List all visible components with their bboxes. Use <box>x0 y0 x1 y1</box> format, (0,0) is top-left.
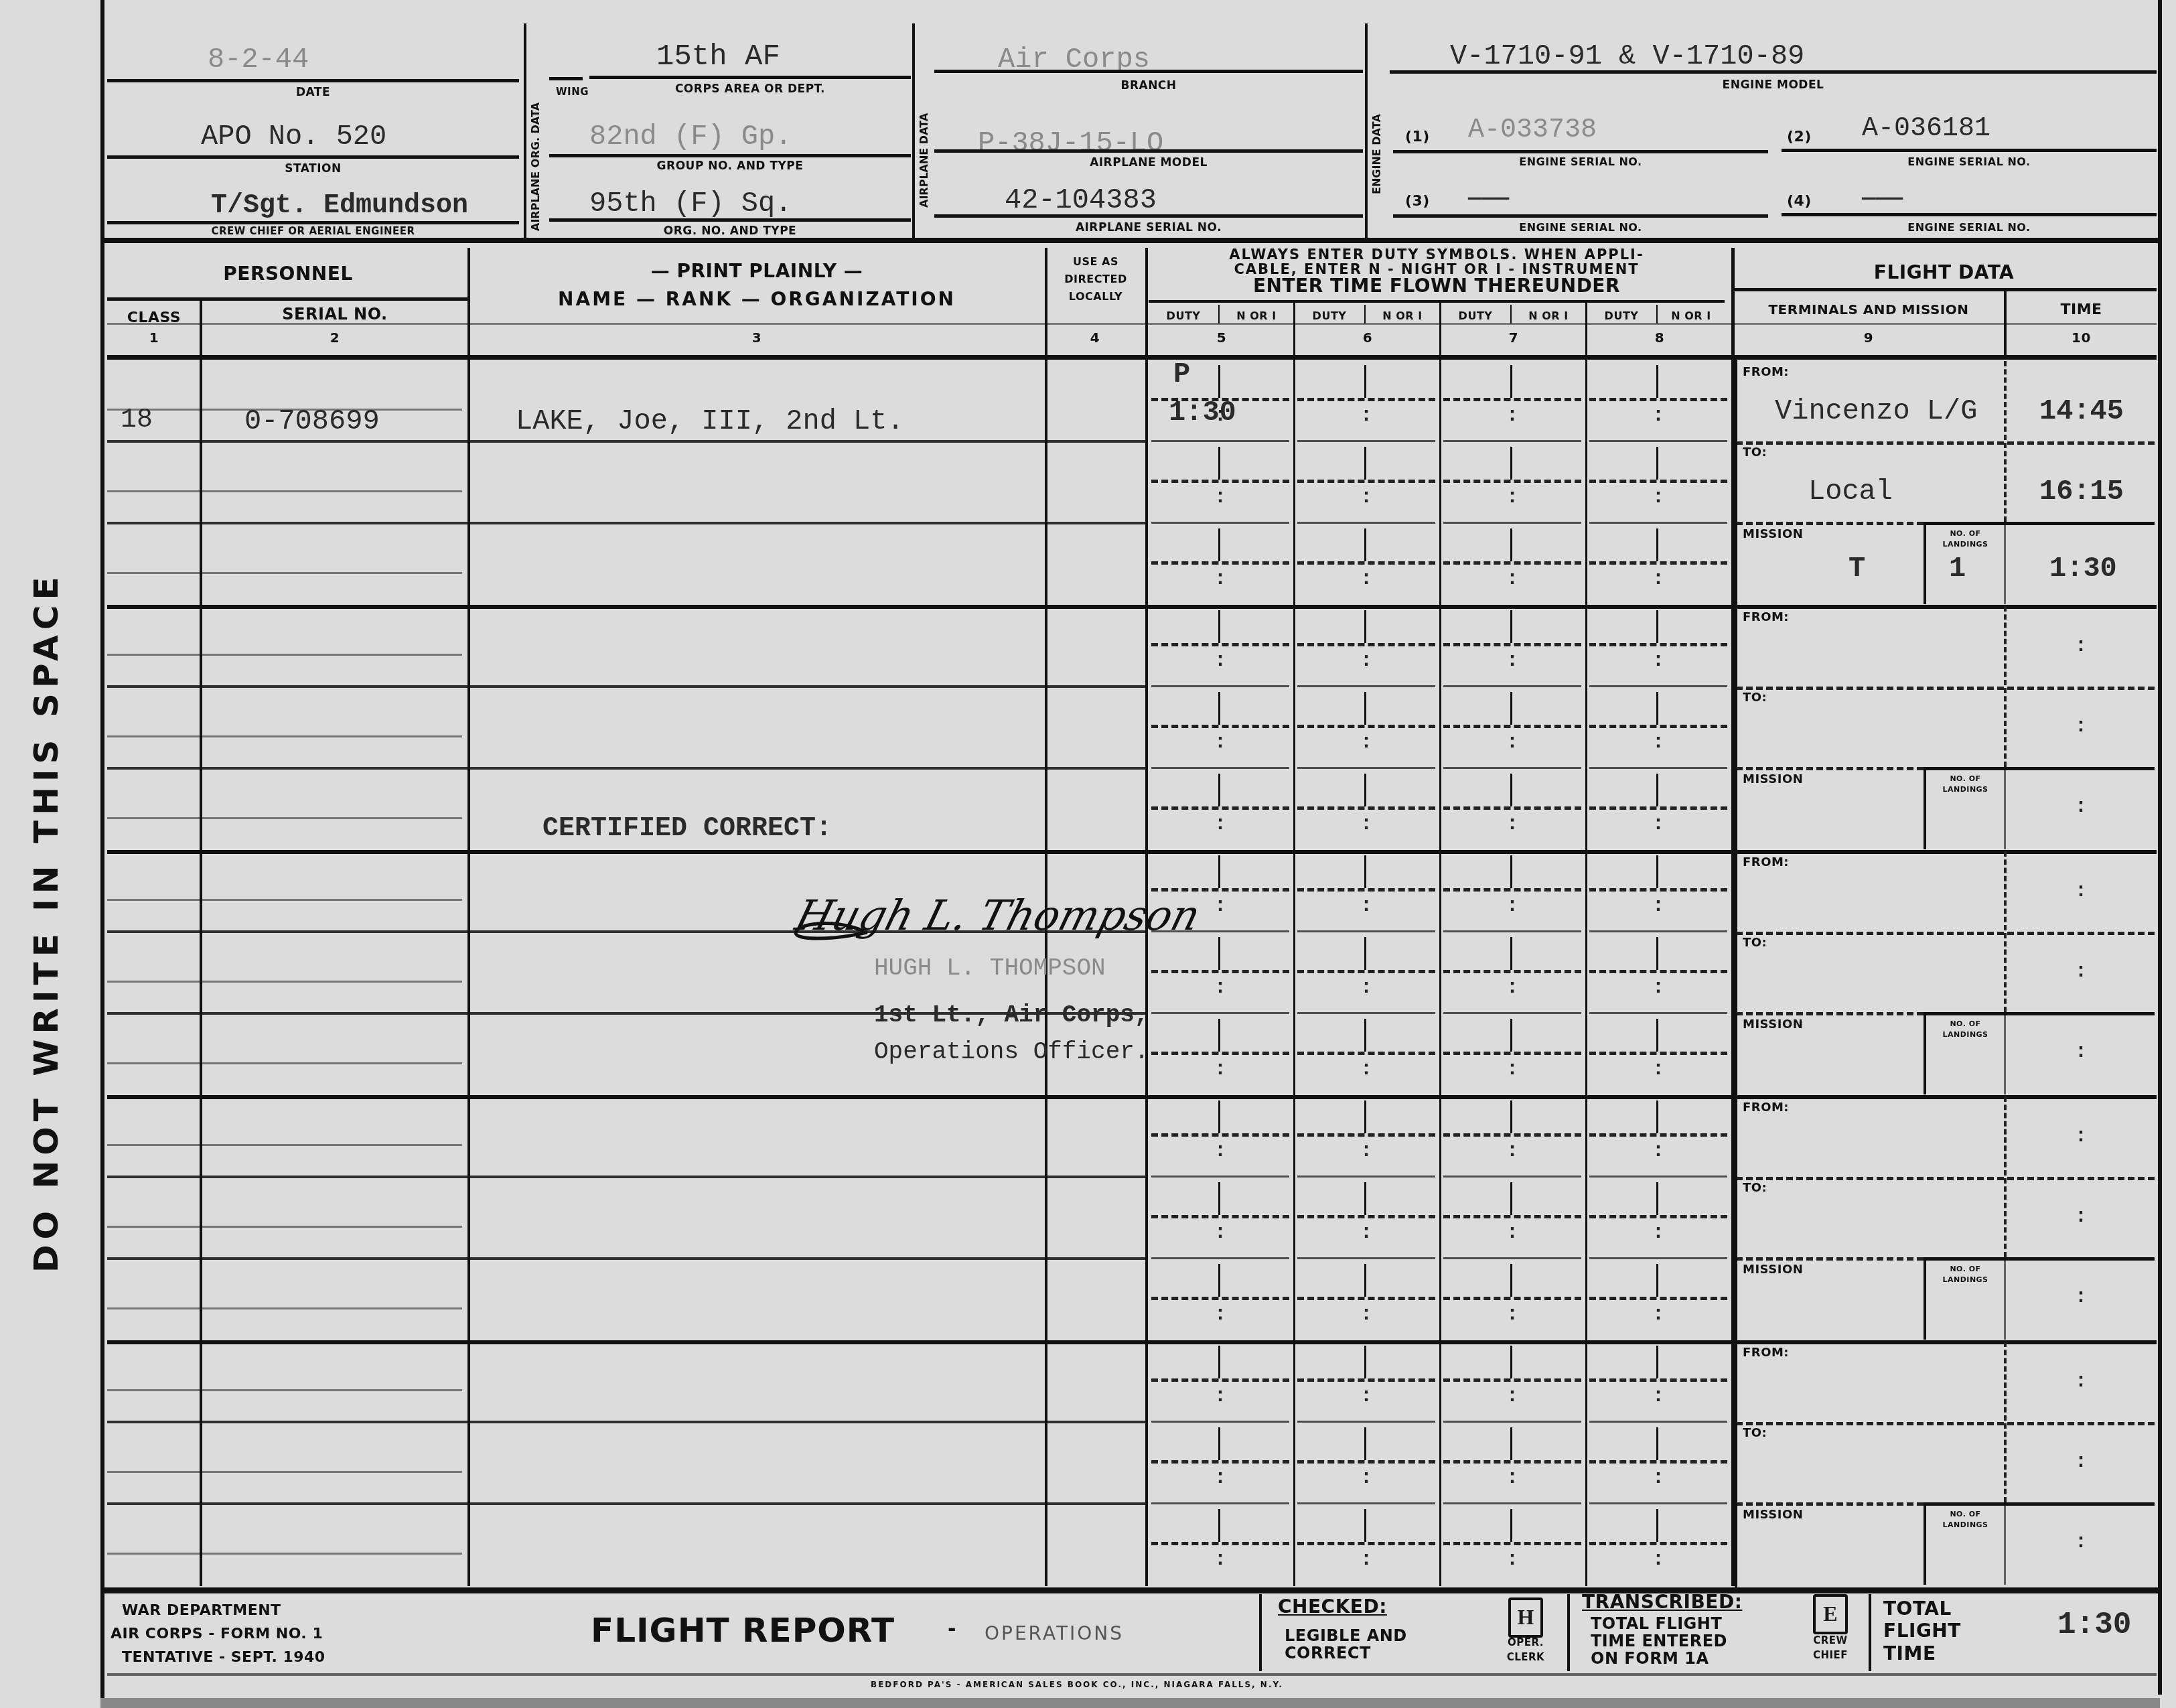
duty-n-divider <box>1364 1509 1366 1542</box>
engine-3-number: (3) <box>1405 193 1430 210</box>
crew-chief-value: T/Sgt. Edmundson <box>211 191 468 221</box>
time-colon-icon: : <box>1652 813 1664 836</box>
time-colon-icon: : <box>1214 486 1226 509</box>
landings-value[interactable]: 1 <box>1949 553 1966 585</box>
time-header: TIME <box>2006 301 2157 318</box>
landings-label: NO. OF LANDINGS <box>1927 774 2004 795</box>
personnel-guide-line <box>107 899 462 901</box>
duty-time-cell[interactable]: 1:30 <box>1169 397 1236 429</box>
time-dashed-divider <box>2004 1342 2007 1502</box>
duty-row-line <box>1297 1257 1435 1259</box>
time-colon-icon: : <box>1214 1058 1226 1081</box>
duty-n-divider <box>1218 1346 1220 1378</box>
duty-n-divider <box>1510 774 1512 806</box>
form-subtitle: OPERATIONS <box>985 1622 1124 1644</box>
duty-time-divider <box>1297 806 1435 810</box>
from-to-divider <box>1736 441 2155 445</box>
time-divider <box>2004 1014 2006 1094</box>
duty-time-divider <box>1151 1052 1289 1055</box>
time-colon-icon: : <box>1652 1467 1664 1490</box>
time-divider <box>2004 524 2006 604</box>
time-colon-icon: : <box>1506 1058 1518 1081</box>
mission-label: MISSION <box>1743 1017 1803 1031</box>
duty-n-divider <box>1364 937 1366 970</box>
duty-time-divider <box>1589 1542 1727 1545</box>
duty-time-divider <box>1443 1297 1581 1300</box>
block-divider <box>107 1340 2157 1344</box>
engine-4-serial: ——— <box>1862 186 1903 212</box>
mission-label: MISSION <box>1743 1508 1803 1522</box>
time-colon-icon: : <box>1506 405 1518 427</box>
duty-n-divider <box>1364 1346 1366 1378</box>
date-label: DATE <box>107 86 519 99</box>
from-to-divider <box>1736 687 2155 690</box>
n-or-i-7-header: N OR I <box>1510 309 1587 322</box>
duty-row-line <box>1297 930 1435 932</box>
time-colon-icon: : <box>2075 880 2087 903</box>
duty-row-line <box>1443 1012 1581 1014</box>
crew-chief-label-2: CHIEF <box>1805 1649 1856 1661</box>
duty-row-line <box>1443 1176 1581 1178</box>
duty-time-divider <box>1297 1297 1435 1300</box>
print-plainly-header: — PRINT PLAINLY — <box>469 260 1045 282</box>
time-colon-icon: : <box>2075 960 2087 983</box>
time-colon-icon: : <box>1652 1058 1664 1081</box>
time-colon-icon: : <box>1360 1303 1372 1326</box>
duty-row-line <box>1297 440 1435 442</box>
time-colon-icon: : <box>1360 1222 1372 1244</box>
duty-row-line <box>1151 522 1289 524</box>
duty-time-divider <box>1297 970 1435 973</box>
n-or-i-8-header: N OR I <box>1656 309 1726 322</box>
printer-credit: BEDFORD PA'S - AMERICAN SALES BOOK CO., … <box>871 1680 1283 1689</box>
personnel-guide-line <box>107 735 462 737</box>
time-colon-icon: : <box>2075 1125 2087 1148</box>
duty-n-divider <box>1218 937 1220 970</box>
personnel-guide-line <box>107 1226 462 1228</box>
duty-n-divider <box>1364 447 1366 480</box>
duty-time-divider <box>1443 1460 1581 1464</box>
from-value[interactable]: Vincenzo L/G <box>1775 395 1977 427</box>
duty-time-divider <box>1589 1460 1727 1464</box>
landings-label: NO. OF LANDINGS <box>1927 1019 2004 1040</box>
time-colon-icon: : <box>1360 977 1372 999</box>
personnel-row-line <box>107 685 1145 688</box>
legible-line-2: CORRECT <box>1285 1644 1371 1662</box>
duty-n-divider <box>1218 1264 1220 1297</box>
n-or-i-5-header: N OR I <box>1218 309 1295 322</box>
to-time-value[interactable]: 16:15 <box>2039 476 2124 508</box>
duty-6-header: DUTY <box>1295 309 1364 322</box>
duty-n-divider <box>1218 365 1220 398</box>
duty-n-divider <box>1656 1264 1658 1297</box>
flight-data-left-border <box>1735 360 1737 1589</box>
to-label: TO: <box>1743 936 1767 950</box>
time-colon-icon: : <box>1214 1303 1226 1326</box>
duty-n-divider <box>1510 365 1512 398</box>
engine-3-serial: ——— <box>1468 186 1509 212</box>
duty-n-divider <box>1218 1182 1220 1215</box>
duty-row-line <box>1443 1421 1581 1423</box>
time-colon-icon: : <box>1360 568 1372 591</box>
duty-n-divider <box>1656 1509 1658 1542</box>
time-colon-icon: : <box>2075 1370 2087 1393</box>
duty-row-line <box>1297 1012 1435 1014</box>
duty-time-divider <box>1151 1297 1289 1300</box>
time-colon-icon: : <box>2075 1451 2087 1474</box>
duty-time-divider <box>1297 1133 1435 1137</box>
duty-row-line <box>1589 522 1727 524</box>
airplane-data-label: AIRPLANE DATA <box>918 113 930 208</box>
duty-time-divider <box>1589 970 1727 973</box>
time-colon-icon: : <box>1506 1467 1518 1490</box>
duty-time-divider <box>1443 1542 1581 1545</box>
duty-time-divider <box>1297 1542 1435 1545</box>
time-colon-icon: : <box>1214 1385 1226 1408</box>
serial-header: SERIAL NO. <box>201 305 469 324</box>
duty-n-divider <box>1218 692 1220 725</box>
landings-label: NO. OF LANDINGS <box>1927 1264 2004 1285</box>
time-colon-icon: : <box>1214 977 1226 999</box>
from-label: FROM: <box>1743 855 1789 869</box>
to-mission-solid <box>1924 767 2155 770</box>
to-label: TO: <box>1743 1426 1767 1440</box>
engine-model-value: V-1710-91 & V-1710-89 <box>1450 40 1804 72</box>
mission-label: MISSION <box>1743 1263 1803 1277</box>
duty-time-divider <box>1443 1215 1581 1218</box>
duty-row-line <box>1151 1257 1289 1259</box>
crew-chief-label-1: CREW <box>1805 1634 1856 1646</box>
from-label: FROM: <box>1743 610 1789 624</box>
duty-time-divider <box>1443 1133 1581 1137</box>
duty-row-line <box>1589 1012 1727 1014</box>
duty-n-divider <box>1656 1182 1658 1215</box>
duty-n-divider <box>1656 365 1658 398</box>
duty-time-divider <box>1151 1378 1289 1382</box>
time-colon-icon: : <box>1360 486 1372 509</box>
duty-instructions-1: ALWAYS ENTER DUTY SYMBOLS. WHEN APPLI- <box>1149 246 1725 263</box>
time-colon-icon: : <box>1360 1140 1372 1163</box>
duty-n-divider <box>1510 1019 1512 1052</box>
to-mission-solid <box>1924 522 2155 525</box>
to-mission-divider <box>1736 767 1924 770</box>
duty-n-divider <box>1510 855 1512 888</box>
time-colon-icon: : <box>1214 895 1226 918</box>
time-colon-icon: : <box>1652 568 1664 591</box>
time-colon-icon: : <box>1506 1549 1518 1571</box>
time-colon-icon: : <box>1506 650 1518 672</box>
time-dashed-divider <box>2004 851 2007 1012</box>
time-colon-icon: : <box>1506 977 1518 999</box>
oper-clerk-label-1: OPER. <box>1500 1636 1551 1648</box>
time-colon-icon: : <box>1360 731 1372 754</box>
total-flight-time-value[interactable]: 1:30 <box>2057 1608 2131 1642</box>
signature-flourish-icon <box>790 918 871 944</box>
duty-time-divider <box>1589 725 1727 728</box>
group-label: GROUP NO. AND TYPE <box>549 159 911 173</box>
duty-row-line <box>1151 1502 1289 1504</box>
time-colon-icon: : <box>2075 1041 2087 1064</box>
airplane-model-value: P-38J-15-LO <box>978 127 1163 159</box>
duty-n-divider <box>1656 1346 1658 1378</box>
total-label-1: TOTAL <box>1883 1597 1952 1620</box>
flight-data-header: FLIGHT DATA <box>1735 261 2153 283</box>
duty-n-divider <box>1510 1100 1512 1133</box>
engine-2-number: (2) <box>1787 129 1812 145</box>
personnel-guide-line <box>107 572 462 574</box>
duty-n-divider <box>1510 692 1512 725</box>
total-label-3: TIME <box>1883 1642 1936 1664</box>
station-label: STATION <box>107 162 519 175</box>
duty-time-divider <box>1589 1052 1727 1055</box>
time-colon-icon: : <box>1506 486 1518 509</box>
oper-clerk-label-2: CLERK <box>1500 1651 1551 1663</box>
duty-time-divider <box>1297 561 1435 565</box>
transcribed-line-2: TIME ENTERED <box>1591 1632 1727 1650</box>
to-mission-solid <box>1924 1012 2155 1015</box>
transcribed-line-1: TOTAL FLIGHT <box>1591 1614 1722 1633</box>
landings-divider <box>1924 1504 1926 1585</box>
signer-rank: 1st Lt., Air Corps, <box>874 1001 1149 1029</box>
to-label: TO: <box>1743 691 1767 705</box>
time-colon-icon: : <box>1360 1058 1372 1081</box>
left-border <box>100 0 104 1708</box>
personnel-guide-line <box>107 817 462 819</box>
personnel-guide-line <box>107 1471 462 1473</box>
duty-time-divider <box>1443 725 1581 728</box>
duty-time-divider <box>1443 1052 1581 1055</box>
engine-4-number: (4) <box>1787 193 1812 210</box>
from-time-value[interactable]: 14:45 <box>2039 395 2124 427</box>
duty-time-divider <box>1589 1378 1727 1382</box>
terminals-header: TERMINALS AND MISSION <box>1735 301 2003 317</box>
duty-n-divider <box>1510 937 1512 970</box>
col-num-4: 4 <box>1045 330 1145 346</box>
branch-label: BRANCH <box>934 79 1363 92</box>
org-label: ORG. NO. AND TYPE <box>549 224 911 238</box>
duty-time-divider <box>1151 643 1289 646</box>
transcribed-line-3: ON FORM 1A <box>1591 1649 1709 1668</box>
duty-n-divider <box>1510 1346 1512 1378</box>
personnel-guide-line <box>107 1553 462 1555</box>
engine-4-label: ENGINE SERIAL NO. <box>1782 221 2157 234</box>
personnel-guide-line <box>107 981 462 983</box>
block-divider <box>107 850 2157 854</box>
duty-n-divider <box>1656 1100 1658 1133</box>
time-colon-icon: : <box>2075 796 2087 819</box>
time-colon-icon: : <box>1652 1385 1664 1408</box>
engine-data-label: ENGINE DATA <box>1370 114 1383 194</box>
time-colon-icon: : <box>2075 715 2087 738</box>
crew-chief-label: CREW CHIEF OR AERIAL ENGINEER <box>107 225 519 237</box>
engine-1-label: ENGINE SERIAL NO. <box>1393 155 1768 168</box>
time-colon-icon: : <box>1214 568 1226 591</box>
duty-time-divider <box>1589 1215 1727 1218</box>
engine-3-label: ENGINE SERIAL NO. <box>1393 221 1768 234</box>
time-colon-icon: : <box>1360 405 1372 427</box>
time-colon-icon: : <box>1506 895 1518 918</box>
col-num-1: 1 <box>107 330 201 346</box>
corps-area-label: CORPS AREA OR DEPT. <box>589 82 911 96</box>
duty-time-divider <box>1443 398 1581 401</box>
airplane-serial-label: AIRPLANE SERIAL NO. <box>934 221 1363 234</box>
block-divider <box>107 1095 2157 1099</box>
duty-n-divider <box>1364 855 1366 888</box>
duty-time-divider <box>1589 1297 1727 1300</box>
duty-time-divider <box>1151 1133 1289 1137</box>
duty-n-divider <box>1364 692 1366 725</box>
legible-line-1: LEGIBLE AND <box>1285 1626 1407 1645</box>
duty-n-divider <box>1656 447 1658 480</box>
duty-row-line <box>1443 685 1581 687</box>
duty-time-divider <box>1589 888 1727 892</box>
time-colon-icon: : <box>1652 1303 1664 1326</box>
duty-n-divider <box>1218 1019 1220 1052</box>
engine-1-serial: A-033738 <box>1468 115 1597 145</box>
time-colon-icon: : <box>1652 405 1664 427</box>
time-colon-icon: : <box>2075 635 2087 658</box>
time-colon-icon: : <box>1652 1222 1664 1244</box>
time-colon-icon: : <box>1360 1385 1372 1408</box>
personnel-guide-line <box>107 1389 462 1391</box>
duty-time-divider <box>1297 725 1435 728</box>
block-divider <box>107 605 2157 609</box>
duration-value[interactable]: 1:30 <box>2049 553 2117 585</box>
duty-time-divider <box>1297 480 1435 483</box>
personnel-row-line <box>107 1421 1145 1423</box>
duty-row-line <box>1589 440 1727 442</box>
duty-n-divider <box>1510 447 1512 480</box>
duty-time-divider <box>1589 806 1727 810</box>
time-colon-icon: : <box>1506 1140 1518 1163</box>
duty-row-line <box>1151 440 1289 442</box>
personnel-guide-line <box>107 1062 462 1064</box>
station-value: APO No. 520 <box>201 121 386 153</box>
from-to-divider <box>1736 1422 2155 1425</box>
name-cell[interactable]: LAKE, Joe, III, 2nd Lt. <box>516 405 904 437</box>
time-colon-icon: : <box>1360 1467 1372 1490</box>
to-mission-divider <box>1736 1502 1924 1506</box>
col-num-3: 3 <box>469 330 1045 346</box>
duty-n-divider <box>1656 1427 1658 1460</box>
duty-n-divider <box>1510 1427 1512 1460</box>
time-colon-icon: : <box>1214 1549 1226 1571</box>
time-colon-icon: : <box>1214 1467 1226 1490</box>
time-colon-icon: : <box>2075 1206 2087 1228</box>
duty-time-divider <box>1151 806 1289 810</box>
duty-n-divider <box>1218 1509 1220 1542</box>
duty-n-divider <box>1510 1264 1512 1297</box>
name-rank-org-header: NAME — RANK — ORGANIZATION <box>469 288 1045 310</box>
time-colon-icon: : <box>1652 977 1664 999</box>
from-label: FROM: <box>1743 365 1789 379</box>
duty-time-divider <box>1151 725 1289 728</box>
time-colon-icon: : <box>1506 1385 1518 1408</box>
duty-time-divider <box>1151 1460 1289 1464</box>
mission-value[interactable]: T <box>1848 553 1865 585</box>
duty-time-divider <box>1151 1215 1289 1218</box>
duty-row-line <box>1151 685 1289 687</box>
time-dashed-divider <box>2004 361 2007 522</box>
duty-5-header: DUTY <box>1149 309 1218 322</box>
personnel-row-line <box>107 767 1145 770</box>
duty-n-divider <box>1364 1019 1366 1052</box>
duty-row-line <box>1151 1012 1289 1014</box>
crew-chief-initial-box[interactable]: E <box>1813 1594 1848 1634</box>
time-colon-icon: : <box>1214 813 1226 836</box>
duty-time-divider <box>1443 806 1581 810</box>
to-mission-divider <box>1736 1257 1924 1261</box>
time-colon-icon: : <box>1214 731 1226 754</box>
duty-row-line <box>1151 767 1289 769</box>
landings-divider <box>1924 524 1926 604</box>
duty-n-divider <box>1218 447 1220 480</box>
duty-n-divider <box>1218 774 1220 806</box>
personnel-guide-line <box>107 1307 462 1309</box>
personnel-guide-line <box>107 1144 462 1146</box>
duty-time-divider <box>1589 1133 1727 1137</box>
landings-divider <box>1924 1014 1926 1094</box>
airplane-serial-value: 42-104383 <box>1005 184 1157 216</box>
time-colon-icon: : <box>1214 1140 1226 1163</box>
form-date: TENTATIVE - SEPT. 1940 <box>122 1649 325 1666</box>
org-value: 95th (F) Sq. <box>589 188 792 220</box>
duty-row-line <box>1297 767 1435 769</box>
duty-n-divider <box>1656 1019 1658 1052</box>
landings-label: NO. OF LANDINGS <box>1927 1509 2004 1531</box>
from-label: FROM: <box>1743 1346 1789 1360</box>
time-divider <box>2004 1259 2006 1340</box>
duty-n-divider <box>1218 1100 1220 1133</box>
duty-time-divider <box>1297 643 1435 646</box>
duty-row-line <box>1589 1257 1727 1259</box>
duty-n-divider <box>1364 610 1366 643</box>
time-colon-icon: : <box>2075 1531 2087 1554</box>
duty-time-divider <box>1589 480 1727 483</box>
landings-label: NO. OF LANDINGS <box>1927 528 2004 550</box>
duty-row-line <box>1297 685 1435 687</box>
time-colon-icon: : <box>1652 650 1664 672</box>
duty-symbol-cell[interactable]: P <box>1173 358 1190 390</box>
serial-cell[interactable]: 0-708699 <box>244 405 380 437</box>
duty-time-divider <box>1151 561 1289 565</box>
time-colon-icon: : <box>1506 568 1518 591</box>
col-num-8: 8 <box>1587 330 1733 346</box>
signer-title: Operations Officer. <box>874 1038 1149 1066</box>
duty-row-line <box>1443 440 1581 442</box>
mission-label: MISSION <box>1743 527 1803 541</box>
time-colon-icon: : <box>1652 731 1664 754</box>
time-dashed-divider <box>2004 1096 2007 1257</box>
oper-clerk-initial-box[interactable]: H <box>1508 1597 1543 1638</box>
duty-row-line <box>1151 1421 1289 1423</box>
do-not-write-notice: DO NOT WRITE IN THIS SPACE <box>27 571 66 1273</box>
time-dashed-divider <box>2004 606 2007 767</box>
duty-row-line <box>1297 1421 1435 1423</box>
to-mission-divider <box>1736 522 1924 525</box>
duty-n-divider <box>1656 528 1658 561</box>
duty-n-divider <box>1656 692 1658 725</box>
duty-n-divider <box>1510 1182 1512 1215</box>
personnel-row-line <box>107 1176 1145 1178</box>
to-value[interactable]: Local <box>1808 476 1893 508</box>
engine-1-number: (1) <box>1405 129 1430 145</box>
duty-time-divider <box>1297 1052 1435 1055</box>
col-num-9: 9 <box>1735 330 2003 346</box>
class-cell[interactable]: 18 <box>121 405 153 435</box>
duty-time-divider <box>1443 561 1581 565</box>
duty-row-line <box>1589 767 1727 769</box>
